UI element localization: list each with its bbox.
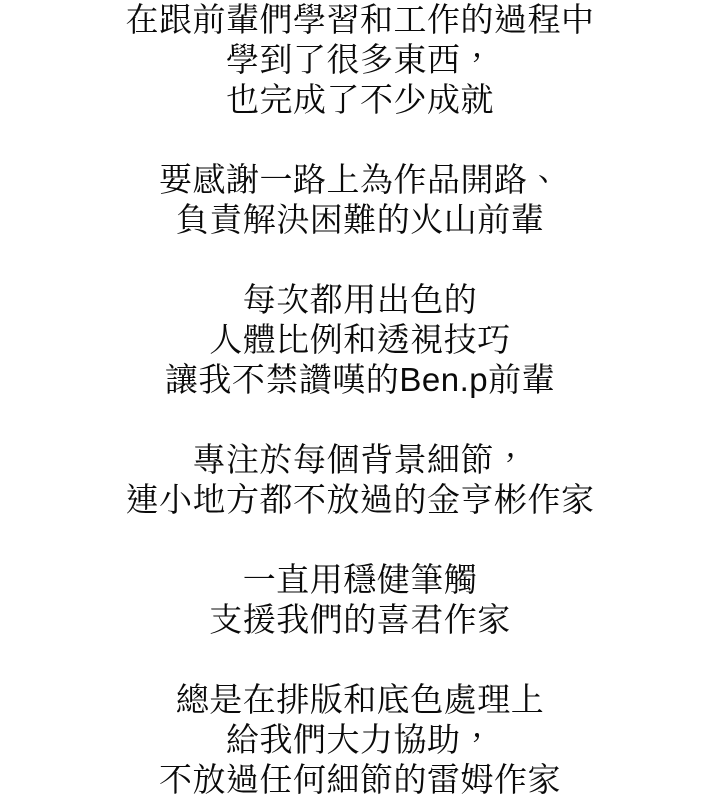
credits-line: 也完成了不少成就 [0,80,720,120]
credits-line: 每次都用出色的 [0,280,720,320]
stanza-thanks-kim-hyungbin: 專注於每個背景細節， 連小地方都不放過的金亨彬作家 [0,440,720,520]
credits-line: 要感謝一路上為作品開路、 [0,160,720,200]
credits-line: 總是在排版和底色處理上 [0,680,720,720]
stanza-thanks-heegun: 一直用穩健筆觸 支援我們的喜君作家 [0,560,720,640]
credits-line: 一直用穩健筆觸 [0,560,720,600]
credits-line: 在跟前輩們學習和工作的過程中 [0,0,720,40]
stanza-thanks-rem: 總是在排版和底色處理上 給我們大力協助， 不放過任何細節的雷姆作家 [0,680,720,800]
credits-line: 負責解決困難的火山前輩 [0,200,720,240]
credits-line: 人體比例和透視技巧 [0,320,720,360]
credits-line: 不放過任何細節的雷姆作家 [0,760,720,800]
credits-line: 給我們大力協助， [0,720,720,760]
credits-line: 專注於每個背景細節， [0,440,720,480]
credits-line: 支援我們的喜君作家 [0,600,720,640]
credits-line: 學到了很多東西， [0,40,720,80]
stanza-learning: 在跟前輩們學習和工作的過程中 學到了很多東西， 也完成了不少成就 [0,0,720,120]
credits-line: 讓我不禁讚嘆的Ben.p前輩 [0,360,720,400]
stanza-thanks-benp: 每次都用出色的 人體比例和透視技巧 讓我不禁讚嘆的Ben.p前輩 [0,280,720,400]
credits-page: 在跟前輩們學習和工作的過程中 學到了很多東西， 也完成了不少成就 要感謝一路上為… [0,0,720,800]
stanza-thanks-volcano: 要感謝一路上為作品開路、 負責解決困難的火山前輩 [0,160,720,240]
credits-line: 連小地方都不放過的金亨彬作家 [0,480,720,520]
